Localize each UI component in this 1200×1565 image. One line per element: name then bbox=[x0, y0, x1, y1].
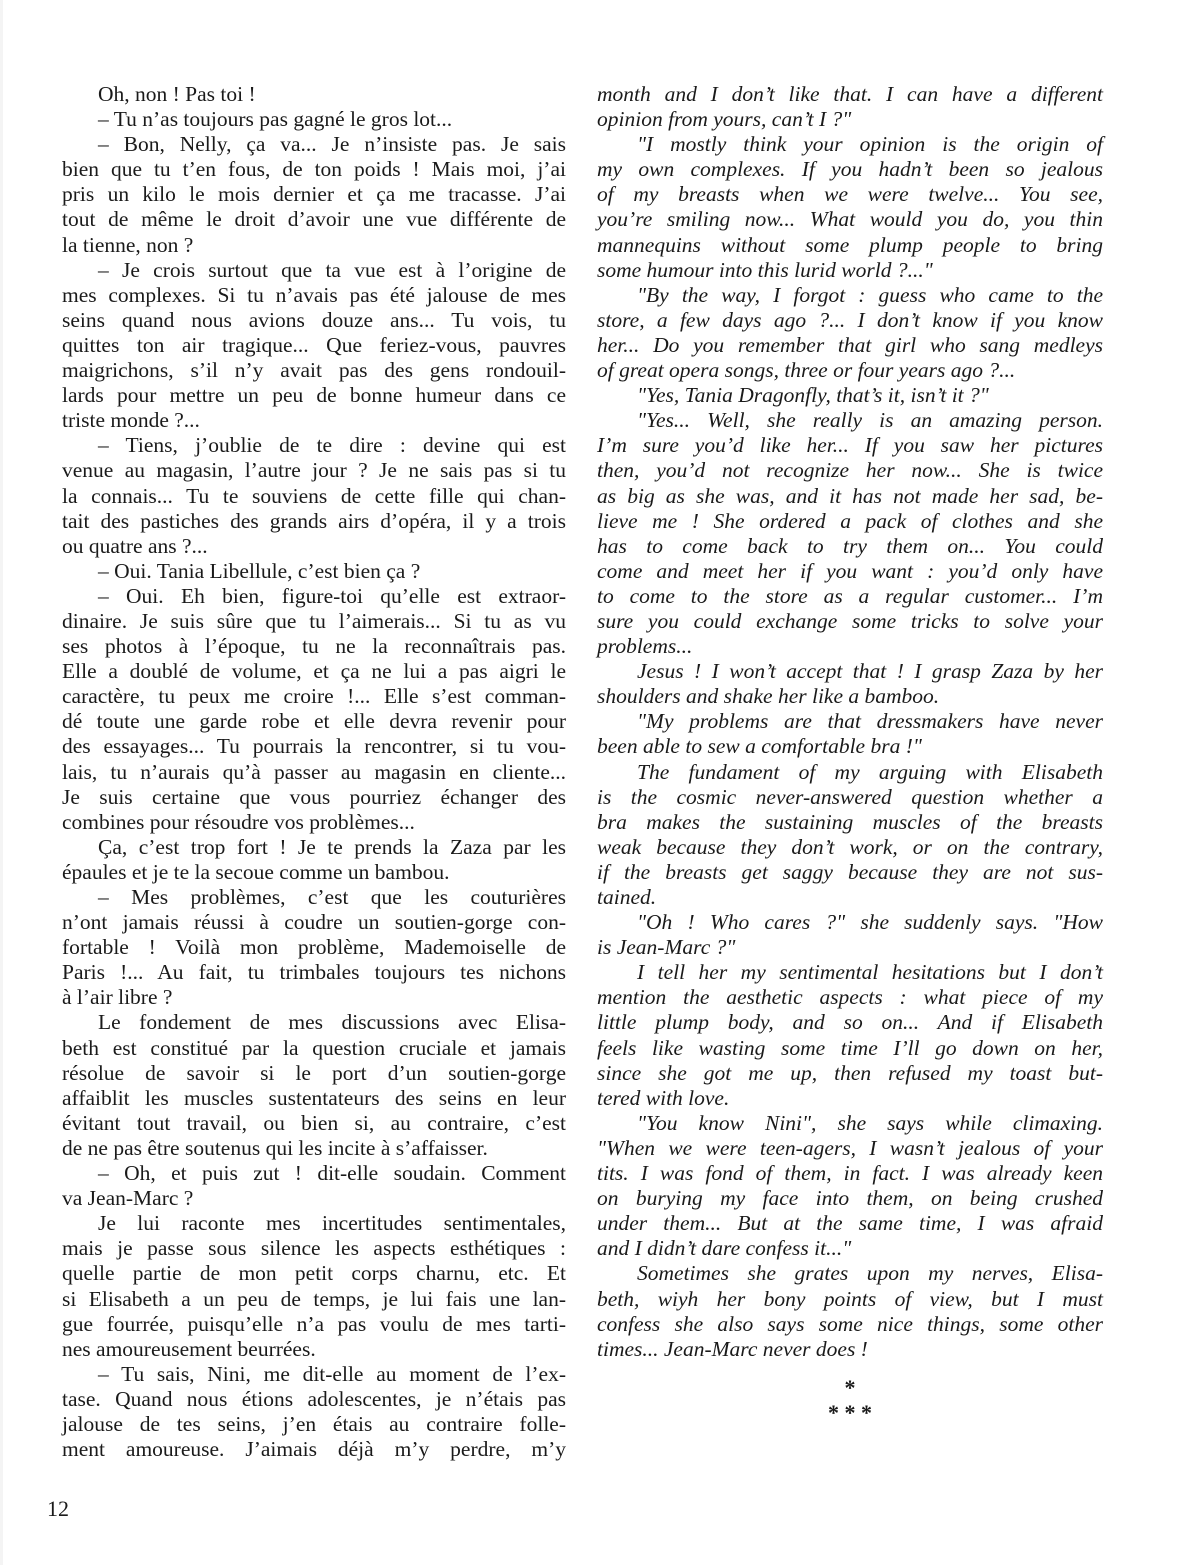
text-line: tained. bbox=[597, 885, 1103, 910]
text-line: – Oui. Eh bien, figure-toi qu’elle est e… bbox=[62, 584, 566, 609]
page-edge-shadow bbox=[0, 0, 3, 1565]
text-line: va Jean-Marc ? bbox=[62, 1186, 566, 1211]
text-line: "My problems are that dressmakers have n… bbox=[597, 709, 1103, 734]
page-number: 12 bbox=[47, 1496, 69, 1522]
text-line: lais, tu n’aurais qu’à passer au magasin… bbox=[62, 760, 566, 785]
text-line: then, you’d not recognize her now... She… bbox=[597, 458, 1103, 483]
text-line: – Tu sais, Nini, me dit-elle au moment d… bbox=[62, 1362, 566, 1387]
text-line: of great opera songs, three or four year… bbox=[597, 358, 1103, 383]
text-line: de ne pas être soutenus qui les incite à… bbox=[62, 1136, 566, 1161]
text-line: mes complexes. Si tu n’avais pas été jal… bbox=[62, 283, 566, 308]
text-line: lieve me ! She ordered a pack of clothes… bbox=[597, 509, 1103, 534]
text-line: mention the aesthetic aspects : what pie… bbox=[597, 985, 1103, 1010]
text-line: tout de même le droit d’avoir une vue di… bbox=[62, 207, 566, 232]
text-line: Ça, c’est trop fort ! Je te prends la Za… bbox=[62, 835, 566, 860]
text-line: quelle partie de mon petit corps charnu,… bbox=[62, 1261, 566, 1286]
text-line: dé toute une garde robe et elle devra re… bbox=[62, 709, 566, 734]
text-line: if the breasts get saggy because they ar… bbox=[597, 860, 1103, 885]
text-line: seins quand nous avions douze ans... Tu … bbox=[62, 308, 566, 333]
text-line: "Yes, Tania Dragonfly, that’s it, isn’t … bbox=[597, 383, 1103, 408]
text-line: since she got me up, then refused my toa… bbox=[597, 1061, 1103, 1086]
english-text-column: month and I don’t like that. I can have … bbox=[597, 82, 1103, 1362]
text-line: The fundament of my arguing with Elisabe… bbox=[597, 760, 1103, 785]
text-line: gue fourrée, puisqu’elle n’a pas voulu d… bbox=[62, 1312, 566, 1337]
text-line: Sometimes she grates upon my nerves, Eli… bbox=[597, 1261, 1103, 1286]
text-line: "By the way, I forgot : guess who came t… bbox=[597, 283, 1103, 308]
text-line: month and I don’t like that. I can have … bbox=[597, 82, 1103, 107]
text-line: I’m sure you’d like her... If you saw he… bbox=[597, 433, 1103, 458]
text-line: n’ont jamais réussi à coudre un soutien-… bbox=[62, 910, 566, 935]
text-line: – Oh, et puis zut ! dit-elle soudain. Co… bbox=[62, 1161, 566, 1186]
text-line: Paris !... Au fait, tu trimbales toujour… bbox=[62, 960, 566, 985]
text-line: tered with love. bbox=[597, 1086, 1103, 1111]
text-line: times... Jean-Marc never does ! bbox=[597, 1337, 1103, 1362]
text-line: dinaire. Je suis sûre que tu l’aimerais.… bbox=[62, 609, 566, 634]
text-line: des essayages... Tu pourrais la rencontr… bbox=[62, 734, 566, 759]
text-line: pris un kilo le mois dernier et ça me tr… bbox=[62, 182, 566, 207]
text-line: her... Do you remember that girl who san… bbox=[597, 333, 1103, 358]
text-line: is Jean-Marc ?" bbox=[597, 935, 1103, 960]
text-line: fortable ! Voilà mon problème, Mademoise… bbox=[62, 935, 566, 960]
text-line: ses photos à l’époque, tu ne la reconnaî… bbox=[62, 634, 566, 659]
french-text-column: Oh, non ! Pas toi !– Tu n’as toujours pa… bbox=[62, 82, 566, 1462]
text-line: Je suis certaine que vous pourriez échan… bbox=[62, 785, 566, 810]
text-line: ment amoureuse. J’aimais déjà m’y perdre… bbox=[62, 1437, 566, 1462]
text-line: you’re smiling now... What would you do,… bbox=[597, 207, 1103, 232]
text-line: Je lui raconte mes incertitudes sentimen… bbox=[62, 1211, 566, 1236]
text-line: opinion from yours, can’t I ?" bbox=[597, 107, 1103, 132]
text-line: maigrichons, s’il n’y avait pas des gens… bbox=[62, 358, 566, 383]
text-line: mannequins without some plump people to … bbox=[597, 233, 1103, 258]
text-line: on burying my face into them, on being c… bbox=[597, 1186, 1103, 1211]
text-line: si Elisabeth a un peu de temps, je lui f… bbox=[62, 1287, 566, 1312]
text-line: la tienne, non ? bbox=[62, 233, 566, 258]
text-line: Oh, non ! Pas toi ! bbox=[62, 82, 566, 107]
text-line: – Oui. Tania Libellule, c’est bien ça ? bbox=[62, 559, 566, 584]
text-line: résolue de savoir si le port d’un soutie… bbox=[62, 1061, 566, 1086]
text-line: Le fondement de mes discussions avec Eli… bbox=[62, 1010, 566, 1035]
text-line: venue au magasin, l’autre jour ? Je ne s… bbox=[62, 458, 566, 483]
text-line: Jesus ! I won’t accept that ! I grasp Za… bbox=[597, 659, 1103, 684]
text-line: évitant tout travail, ou bien si, au con… bbox=[62, 1111, 566, 1136]
text-line: épaules et je te la secoue comme un bamb… bbox=[62, 860, 566, 885]
text-line: mais je passe sous silence les aspects e… bbox=[62, 1236, 566, 1261]
text-line: affaiblit les muscles sustentateurs des … bbox=[62, 1086, 566, 1111]
text-line: quittes ton air tragique... Que feriez-v… bbox=[62, 333, 566, 358]
text-line: bien que tu t’en fous, de ton poids ! Ma… bbox=[62, 157, 566, 182]
text-line: – Bon, Nelly, ça va... Je n’insiste pas.… bbox=[62, 132, 566, 157]
text-line: and I didn’t dare confess it..." bbox=[597, 1236, 1103, 1261]
section-break-ornament-bottom: * * * bbox=[597, 1400, 1103, 1426]
text-line: combines pour résoudre vos problèmes... bbox=[62, 810, 566, 835]
text-line: some humour into this lurid world ?..." bbox=[597, 258, 1103, 283]
text-line: been able to sew a comfortable bra !" bbox=[597, 734, 1103, 759]
text-line: has to come back to try them on... You c… bbox=[597, 534, 1103, 559]
text-line: tase. Quand nous étions adolescentes, je… bbox=[62, 1387, 566, 1412]
text-line: feels like wasting some time I’ll go dow… bbox=[597, 1036, 1103, 1061]
text-line: store, a few days ago ?... I don’t know … bbox=[597, 308, 1103, 333]
text-line: weak because they don’t work, or on the … bbox=[597, 835, 1103, 860]
text-line: la connais... Tu te souviens de cette fi… bbox=[62, 484, 566, 509]
text-line: lards pour mettre un peu de bonne humeur… bbox=[62, 383, 566, 408]
text-line: come and meet her if you want : you’d on… bbox=[597, 559, 1103, 584]
text-line: – Tiens, j’oublie de te dire : devine qu… bbox=[62, 433, 566, 458]
text-line: beth, wiyh her bony points of view, but … bbox=[597, 1287, 1103, 1312]
text-line: shoulders and shake her like a bamboo. bbox=[597, 684, 1103, 709]
text-line: beth est constitué par la question cruci… bbox=[62, 1036, 566, 1061]
text-line: my own complexes. If you hadn’t been so … bbox=[597, 157, 1103, 182]
text-line: – Je crois surtout que ta vue est à l’or… bbox=[62, 258, 566, 283]
text-line: "I mostly think your opinion is the orig… bbox=[597, 132, 1103, 157]
text-line: Elle a doublé de volume, et ça ne lui a … bbox=[62, 659, 566, 684]
text-line: as big as she was, and it has not made h… bbox=[597, 484, 1103, 509]
section-break-ornament-top: * bbox=[597, 1375, 1103, 1401]
text-line: nes amoureusement beurrées. bbox=[62, 1337, 566, 1362]
text-line: little plump body, and so on... And if E… bbox=[597, 1010, 1103, 1035]
text-line: à l’air libre ? bbox=[62, 985, 566, 1010]
text-line: triste monde ?... bbox=[62, 408, 566, 433]
text-line: is the cosmic never-answered question wh… bbox=[597, 785, 1103, 810]
text-line: to come to the store as a regular custom… bbox=[597, 584, 1103, 609]
text-line: "When we were teen-agers, I wasn’t jealo… bbox=[597, 1136, 1103, 1161]
text-line: problems... bbox=[597, 634, 1103, 659]
text-line: tits. I was fond of them, in fact. I was… bbox=[597, 1161, 1103, 1186]
text-line: of my breasts when we were twelve... You… bbox=[597, 182, 1103, 207]
text-line: "Oh ! Who cares ?" she suddenly says. "H… bbox=[597, 910, 1103, 935]
text-line: I tell her my sentimental hesitations bu… bbox=[597, 960, 1103, 985]
text-line: tait des pastiches des grands airs d’opé… bbox=[62, 509, 566, 534]
text-line: bra makes the sustaining muscles of the … bbox=[597, 810, 1103, 835]
text-line: sure you could exchange some tricks to s… bbox=[597, 609, 1103, 634]
text-line: jalouse de tes seins, j’en étais au cont… bbox=[62, 1412, 566, 1437]
text-line: – Mes problèmes, c’est que les couturièr… bbox=[62, 885, 566, 910]
text-line: confess she also says some nice things, … bbox=[597, 1312, 1103, 1337]
text-line: – Tu n’as toujours pas gagné le gros lot… bbox=[62, 107, 566, 132]
text-line: "You know Nini", she says while climaxin… bbox=[597, 1111, 1103, 1136]
text-line: caractère, tu peux me croire !... Elle s… bbox=[62, 684, 566, 709]
text-line: "Yes... Well, she really is an amazing p… bbox=[597, 408, 1103, 433]
text-line: under them... But at the same time, I wa… bbox=[597, 1211, 1103, 1236]
text-line: ou quatre ans ?... bbox=[62, 534, 566, 559]
